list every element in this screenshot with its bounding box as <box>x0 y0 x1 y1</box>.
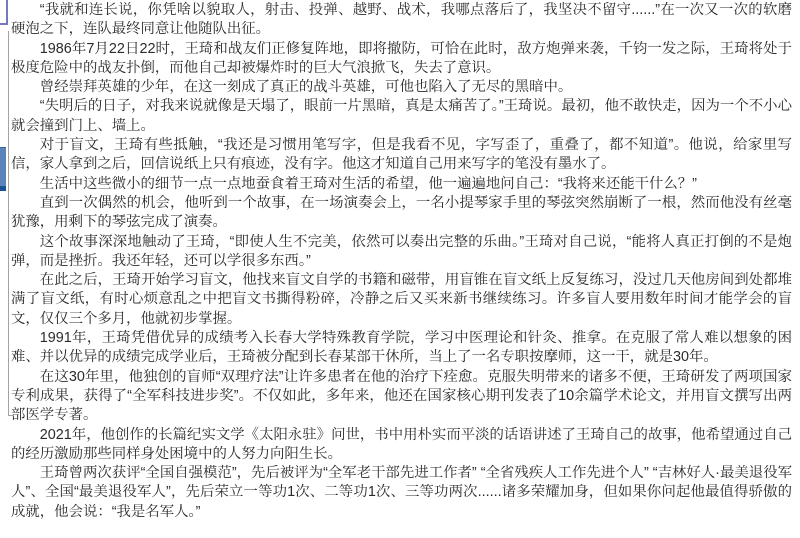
paragraph: 直到一次偶然的机会，他听到一个故事，在一场演奏会上，一名小提琴家手里的琴弦突然崩… <box>11 194 792 233</box>
paragraph: 曾经崇拜英雄的少年，在这一刻成了真正的战斗英雄，可他也陷入了无尽的黑暗中。 <box>11 78 792 97</box>
paragraph: 2021年，他创作的长篇纪实文学《太阳永驻》问世，书中用朴实而平淡的话语讲述了王… <box>11 426 792 465</box>
window-corner-box <box>0 0 8 25</box>
paragraph: “失明后的日子，对我来说就像是天塌了，眼前一片黑暗，真是太痛苦了。”王琦说。最初… <box>11 97 792 136</box>
paragraph: 对于盲文，王琦有些抵触，“我还是习惯用笔写字，但是我看不见，字写歪了，重叠了，都… <box>11 136 792 175</box>
article-body: “我就和连长说，你凭啥以貌取人，射击、投弹、越野、战术，我哪点落后了，我坚决不留… <box>11 1 792 522</box>
paragraph: 生活中这些微小的细节一点一点地蚕食着王琦对生活的希望，他一遍遍地问自己：“我将来… <box>11 175 792 194</box>
paragraph: 王琦曾两次获评“全国自强模范”，先后被评为“全军老干部先进工作者” “全省残疾人… <box>11 464 792 522</box>
paragraph: “我就和连长说，你凭啥以貌取人，射击、投弹、越野、战术，我哪点落后了，我坚决不留… <box>11 1 792 40</box>
paragraph: 在这30年里，他独创的盲师“双理疗法”让许多患者在他的治疗下痊愈。克服失明带来的… <box>11 368 792 426</box>
paragraph: 在此之后，王琦开始学习盲文，他找来盲文自学的书籍和磁带，用盲锥在盲文纸上反复练习… <box>11 271 792 329</box>
paragraph: 1986年7月22日22时，王琦和战友们正修复阵地，即将撤防，可恰在此时，敌方炮… <box>11 40 792 79</box>
scrollbar-thumb[interactable] <box>0 147 6 191</box>
text-frame-border <box>8 31 14 416</box>
scrollbar-thumb-edge <box>0 186 6 191</box>
paragraph: 这个故事深深地触动了王琦，“即使人生不完美，依然可以奏出完整的乐曲。”王琦对自己… <box>11 233 792 272</box>
paragraph: 1991年，王琦凭借优异的成绩考入长春大学特殊教育学院，学习中医理论和针灸、推拿… <box>11 329 792 368</box>
